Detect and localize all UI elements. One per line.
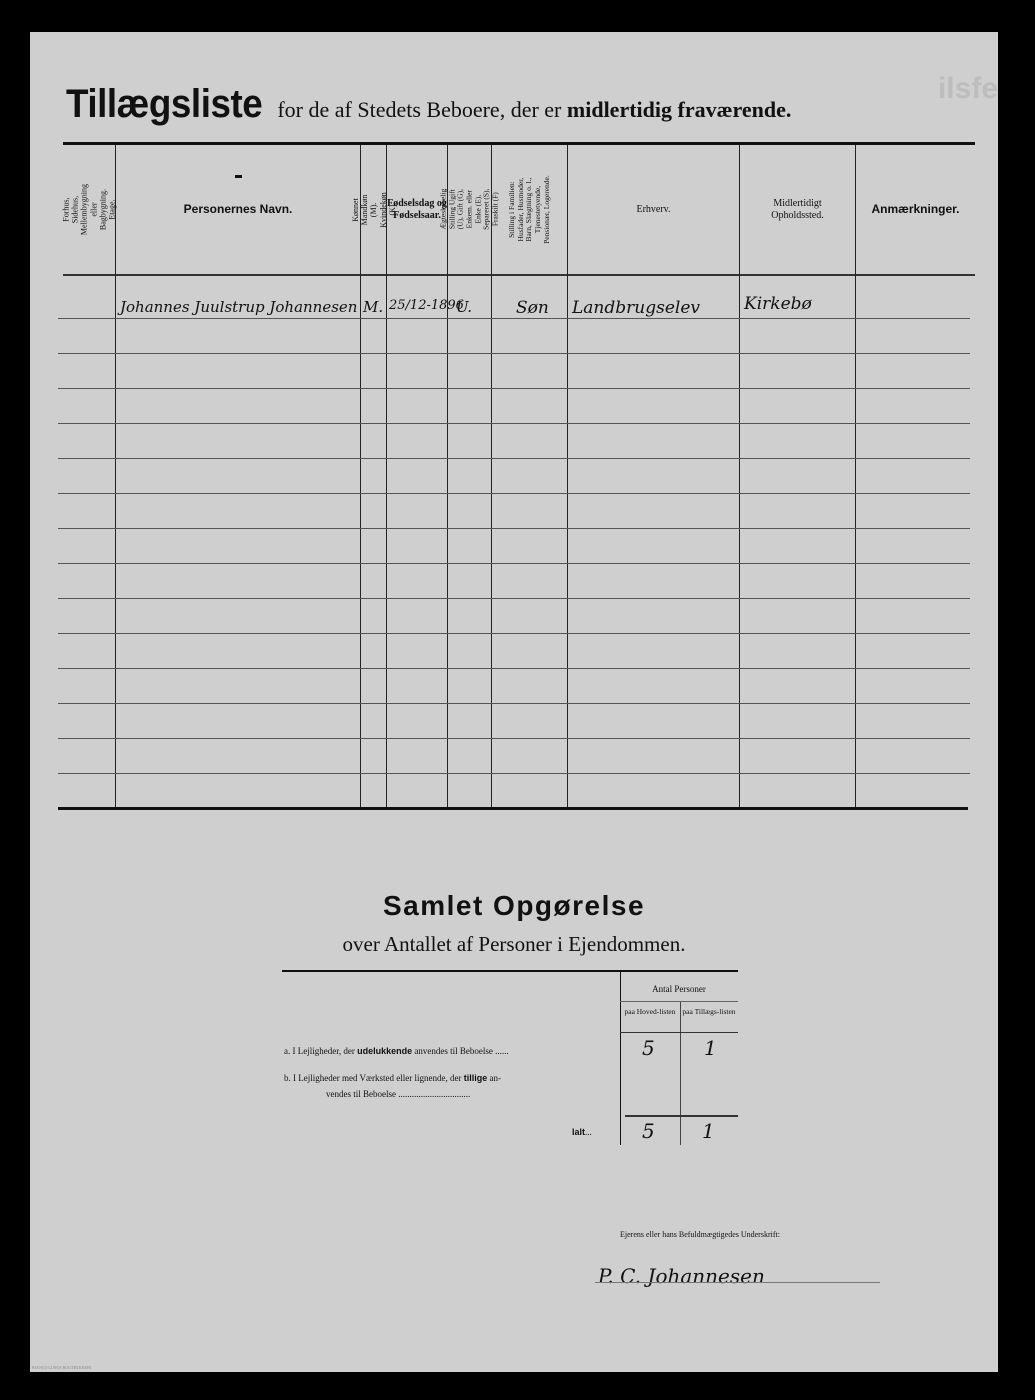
header-dash-mark xyxy=(235,175,242,178)
row-rule xyxy=(58,388,970,389)
row-rule xyxy=(58,773,970,774)
total-label: Ialt xyxy=(572,1127,585,1137)
total-tillaeg: 1 xyxy=(702,1119,715,1143)
summary-top-rule xyxy=(282,970,738,972)
summary-row-b: b. I Lejligheder med Værksted eller lign… xyxy=(284,1073,501,1083)
row-b-bold: tillige xyxy=(464,1073,488,1083)
row-rule xyxy=(58,458,970,459)
summary-total-rule xyxy=(625,1115,738,1117)
header-erhverv: Erhverv. xyxy=(568,145,739,274)
form-title-main: Tillægsliste xyxy=(66,82,262,127)
cell-navn: Johannes Juulstrup Johannesen xyxy=(120,298,357,316)
header-navn: Personernes Navn. xyxy=(116,145,360,274)
summary-row-a: a. I Lejligheder, der udelukkende anvend… xyxy=(284,1046,509,1056)
header-navn-label: Personernes Navn. xyxy=(184,202,293,216)
header-familie-label: Stilling i Familien: Husfader, Husmoder,… xyxy=(508,172,551,247)
row-rule xyxy=(58,598,970,599)
signature-label: Ejerens eller hans Befuldmægtigedes Unde… xyxy=(620,1230,780,1239)
summary-col-tillaeg: paa Tillægs-listen xyxy=(681,1007,737,1016)
row-a-suffix: anvendes til Beboelse ...... xyxy=(414,1046,508,1056)
signature-value: P. C. Johannesen xyxy=(598,1264,765,1288)
row-b-suffix: an- xyxy=(490,1073,502,1083)
row-a-hoved: 5 xyxy=(642,1036,655,1060)
row-rule xyxy=(58,633,970,634)
row-rule xyxy=(58,353,970,354)
total-dots: ... xyxy=(585,1127,592,1137)
subtitle-plain: for de af Stedets Beboere, der er xyxy=(277,97,561,122)
header-bottom-rule xyxy=(63,274,975,276)
row-a-tillaeg: 1 xyxy=(704,1036,717,1060)
summary-col-divider xyxy=(620,972,621,1145)
header-aegteskab: Ægteskabelig Stilling Ugift (U), Gift (G… xyxy=(448,145,491,274)
row-rule xyxy=(58,668,970,669)
census-form-page: ilsfe Tillægsliste for de af Stedets Beb… xyxy=(30,32,998,1372)
total-hoved: 5 xyxy=(642,1119,655,1143)
cell-fodsel: 25/12-1896 xyxy=(389,298,464,313)
header-kon: Kønnet Mandkøn (M). Kvindekøn (K) xyxy=(361,145,386,274)
row-a-prefix: a. I Lejligheder, der xyxy=(284,1046,355,1056)
row-b-prefix: b. I Lejligheder med Værksted eller lign… xyxy=(284,1073,462,1083)
cell-aegteskab: U. xyxy=(456,298,472,316)
row-rule xyxy=(58,738,970,739)
summary-subtitle: over Antallet af Personer i Ejendommen. xyxy=(30,932,998,957)
header-anmaerkninger: Anmærkninger. xyxy=(856,145,975,274)
row-rule xyxy=(58,318,970,319)
faint-corner-stamp: ilsfe xyxy=(938,72,998,106)
row-a-bold: udelukkende xyxy=(357,1046,412,1056)
header-erhverv-label: Erhverv. xyxy=(636,204,670,216)
header-bygning-label: Forhus, Sidehus, Mellembygning eller Bag… xyxy=(61,184,116,236)
summary-row-b-line2: vendes til Beboelse ....................… xyxy=(326,1089,470,1099)
cell-opholdssted: Kirkebø xyxy=(744,294,812,314)
header-opholdssted: Midlertidigt Opholdssted. xyxy=(740,145,855,274)
row-rule xyxy=(58,528,970,529)
form-title: Tillægsliste for de af Stedets Beboere, … xyxy=(66,82,791,127)
summary-title: Samlet Opgørelse xyxy=(30,890,998,922)
table-bottom-rule xyxy=(58,807,968,810)
row-rule xyxy=(58,493,970,494)
summary-col-group: Antal Personer xyxy=(620,984,738,994)
cell-kon: M. xyxy=(363,298,383,316)
header-bygning: Forhus, Sidehus, Mellembygning eller Bag… xyxy=(63,145,115,274)
header-opholdssted-label: Midlertidigt Opholdssted. xyxy=(763,198,833,222)
subtitle-bold: midlertidig fraværende. xyxy=(567,97,791,122)
printer-mark: BIANCO LUNOS BOGTRYKKERI xyxy=(32,1365,91,1370)
summary-header-rule xyxy=(620,1001,738,1002)
cell-erhverv: Landbrugselev xyxy=(572,298,700,318)
row-rule xyxy=(58,563,970,564)
header-anmaerkninger-label: Anmærkninger. xyxy=(871,202,959,216)
row-rule xyxy=(58,423,970,424)
header-familie: Stilling i Familien: Husfader, Husmoder,… xyxy=(492,145,567,274)
cell-familie: Søn xyxy=(516,298,549,318)
header-aegteskab-label: Ægteskabelig Stilling Ugift (U), Gift (G… xyxy=(439,188,499,231)
summary-col-hoved: paa Hoved-listen xyxy=(622,1007,678,1016)
summary-col-divider xyxy=(680,1002,681,1145)
form-title-subtitle: for de af Stedets Beboere, der er midler… xyxy=(277,97,791,122)
summary-subheader-rule xyxy=(620,1032,738,1033)
signature-line xyxy=(595,1282,880,1283)
row-rule xyxy=(58,703,970,704)
summary-total-label: Ialt... xyxy=(572,1127,592,1137)
